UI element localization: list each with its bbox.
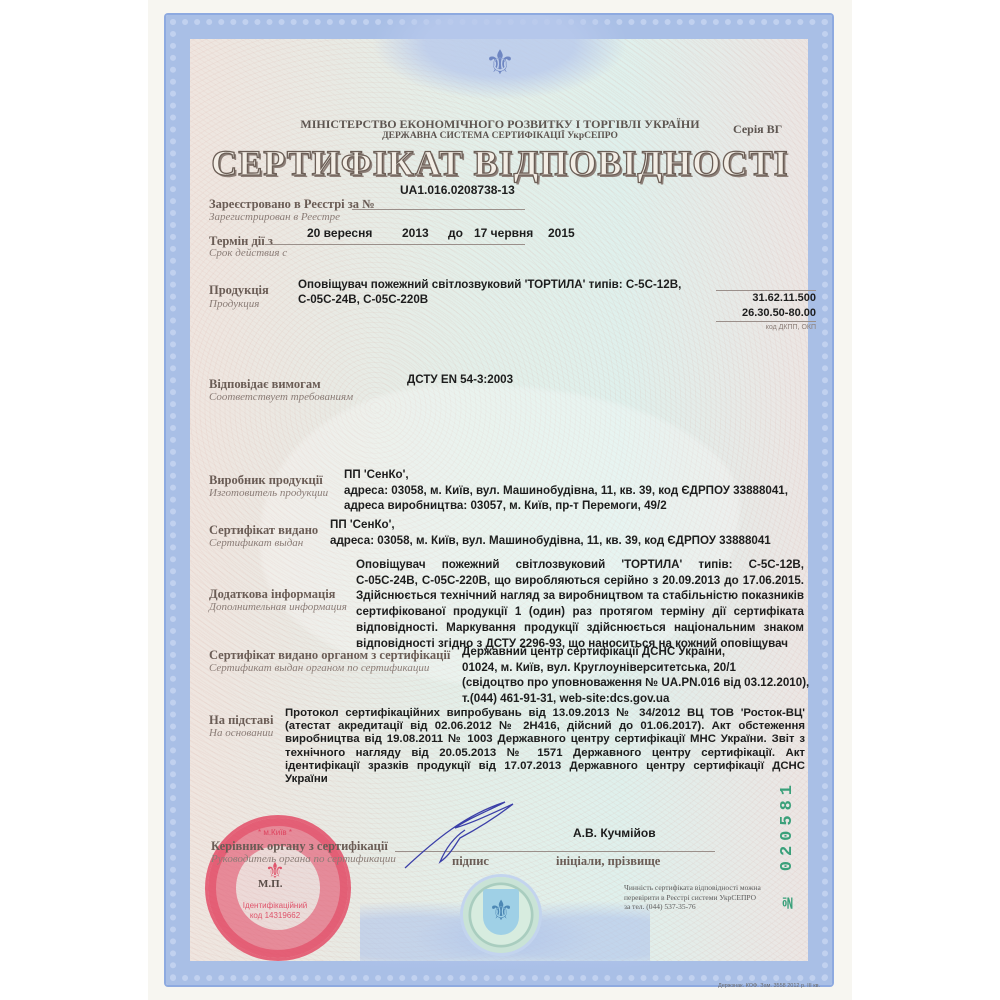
head-name: А.В. Кучмійов xyxy=(573,826,656,840)
validity-label-ru: Срок действия с xyxy=(209,247,287,259)
product-code-okp: 26.30.50-80.00 xyxy=(716,306,816,321)
cert-body-contacts: т.(044) 461-91-31, web-site:dcs.gov.ua xyxy=(462,691,809,707)
product-line-1: Оповіщувач пожежний світлозвуковий 'ТОРТ… xyxy=(298,278,681,291)
product-codes-caption: код ДКПП, ОКП xyxy=(716,324,816,331)
manufacturer-name: ПП 'СенКо', xyxy=(344,467,788,483)
cert-body-label: Сертифікат видано органом з сертифікації xyxy=(209,648,450,663)
stamp-place-mark: М.П. xyxy=(258,878,282,890)
issued-to-label: Сертифікат видано xyxy=(209,523,318,538)
validity-underline xyxy=(265,244,525,245)
series-label: Серія ВГ xyxy=(733,122,782,137)
valid-to-word: до xyxy=(448,226,463,240)
product-label: Продукція xyxy=(209,283,269,298)
printer-imprint: Держзнак. КОФ. Зам. 3558 2012 р. III кв. xyxy=(718,983,820,989)
basis-label: На підставі xyxy=(209,713,273,728)
verification-note-line: за тел. (044) 537-35-76 xyxy=(624,902,761,912)
manufacturer-label: Виробник продукції xyxy=(209,473,323,488)
issued-to-address: адреса: 03058, м. Київ, вул. Машинобудів… xyxy=(330,533,771,549)
cert-body-authorization: (свідоцтво про уповноваження № UA.PN.016… xyxy=(462,675,809,691)
certification-system: ДЕРЖАВНА СИСТЕМА СЕРТИФІКАЦІЇ УкрСЕПРО xyxy=(0,131,1000,141)
registry-label-ru: Зарегистрирован в Реестре xyxy=(209,211,340,223)
page-title: СЕРТИФІКАТ ВІДПОВІДНОСТІ xyxy=(0,142,1000,184)
valid-to-date: 17 червня xyxy=(474,226,533,240)
registry-number: UA1.016.0208738-13 xyxy=(400,183,515,197)
issued-to-label-ru: Сертификат выдан xyxy=(209,537,303,549)
coat-of-arms-icon: ⚜ xyxy=(483,889,519,935)
valid-to-year: 2015 xyxy=(548,226,575,240)
manufacturer-details: ПП 'СенКо', адреса: 03058, м. Київ, вул.… xyxy=(344,467,788,514)
valid-from-date: 20 вересня xyxy=(307,226,372,240)
additional-info-label-ru: Дополнительная информация xyxy=(209,601,347,613)
ministry-name: МІНІСТЕРСТВО ЕКОНОМІЧНОГО РОЗВИТКУ І ТОР… xyxy=(0,117,1000,132)
signature-scribble xyxy=(395,800,525,870)
issued-to-name: ПП 'СенКо', xyxy=(330,517,771,533)
name-caption: ініціали, прізвище xyxy=(556,854,660,869)
head-label-ru: Руководитель органа по сертификации xyxy=(211,853,396,865)
requirements-label: Відповідає вимогам xyxy=(209,377,321,392)
cert-body-details: Державний центр сертифікації ДСНС Україн… xyxy=(462,644,809,707)
serial-number: № 020581 xyxy=(778,780,797,910)
product-code-dkpp: 31.62.11.500 xyxy=(716,291,816,306)
basis-label-ru: На основании xyxy=(209,727,273,739)
manufacturer-address: адреса: 03058, м. Київ, вул. Машинобудів… xyxy=(344,483,788,499)
registry-underline xyxy=(352,209,525,210)
basis-text: Протокол сертифікаційних випробувань від… xyxy=(285,707,805,786)
trident-icon: ⚜ xyxy=(483,42,517,84)
stamp-city: * м.Київ * xyxy=(205,828,345,837)
hologram-seal: ⚜ xyxy=(463,877,539,953)
cert-body-name: Державний центр сертифікації ДСНС Україн… xyxy=(462,644,809,660)
additional-info-label: Додаткова інформація xyxy=(209,587,335,602)
requirements-label-ru: Соответствует требованиям xyxy=(209,391,353,403)
stamp-id-label: Ідентифікаційний xyxy=(205,901,345,910)
verification-note-line: перевірити в Реєстрі системи УкрСЕПРО xyxy=(624,893,761,903)
cert-body-label-ru: Сертификат выдан органом по сертификации xyxy=(209,662,429,674)
additional-info-text: Оповіщувач пожежний світлозвуковий 'ТОРТ… xyxy=(356,557,804,651)
manufacturer-label-ru: Изготовитель продукции xyxy=(209,487,328,499)
product-line-2: С-05С-24В, С-05С-220В xyxy=(298,293,428,306)
requirements-standard: ДСТУ EN 54-3:2003 xyxy=(407,373,513,386)
verification-note: Чинність сертифіката відповідності можна… xyxy=(624,883,761,912)
registry-label: Зареєстровано в Реєстрі за № xyxy=(209,197,375,212)
verification-note-line: Чинність сертифіката відповідності можна xyxy=(624,883,761,893)
cert-body-address: 01024, м. Київ, вул. Круглоуніверситетсь… xyxy=(462,660,809,676)
manufacturer-production-address: адреса виробництва: 03057, м. Київ, пр-т… xyxy=(344,498,788,514)
product-codes: 31.62.11.500 26.30.50-80.00 код ДКПП, ОК… xyxy=(716,290,816,331)
head-label: Керівник органу з сертифікації xyxy=(211,839,388,854)
product-label-ru: Продукция xyxy=(209,298,259,310)
stamp-code: код 14319662 xyxy=(205,911,345,920)
valid-from-year: 2013 xyxy=(402,226,429,240)
issued-to-details: ПП 'СенКо', адреса: 03058, м. Київ, вул.… xyxy=(330,517,771,548)
